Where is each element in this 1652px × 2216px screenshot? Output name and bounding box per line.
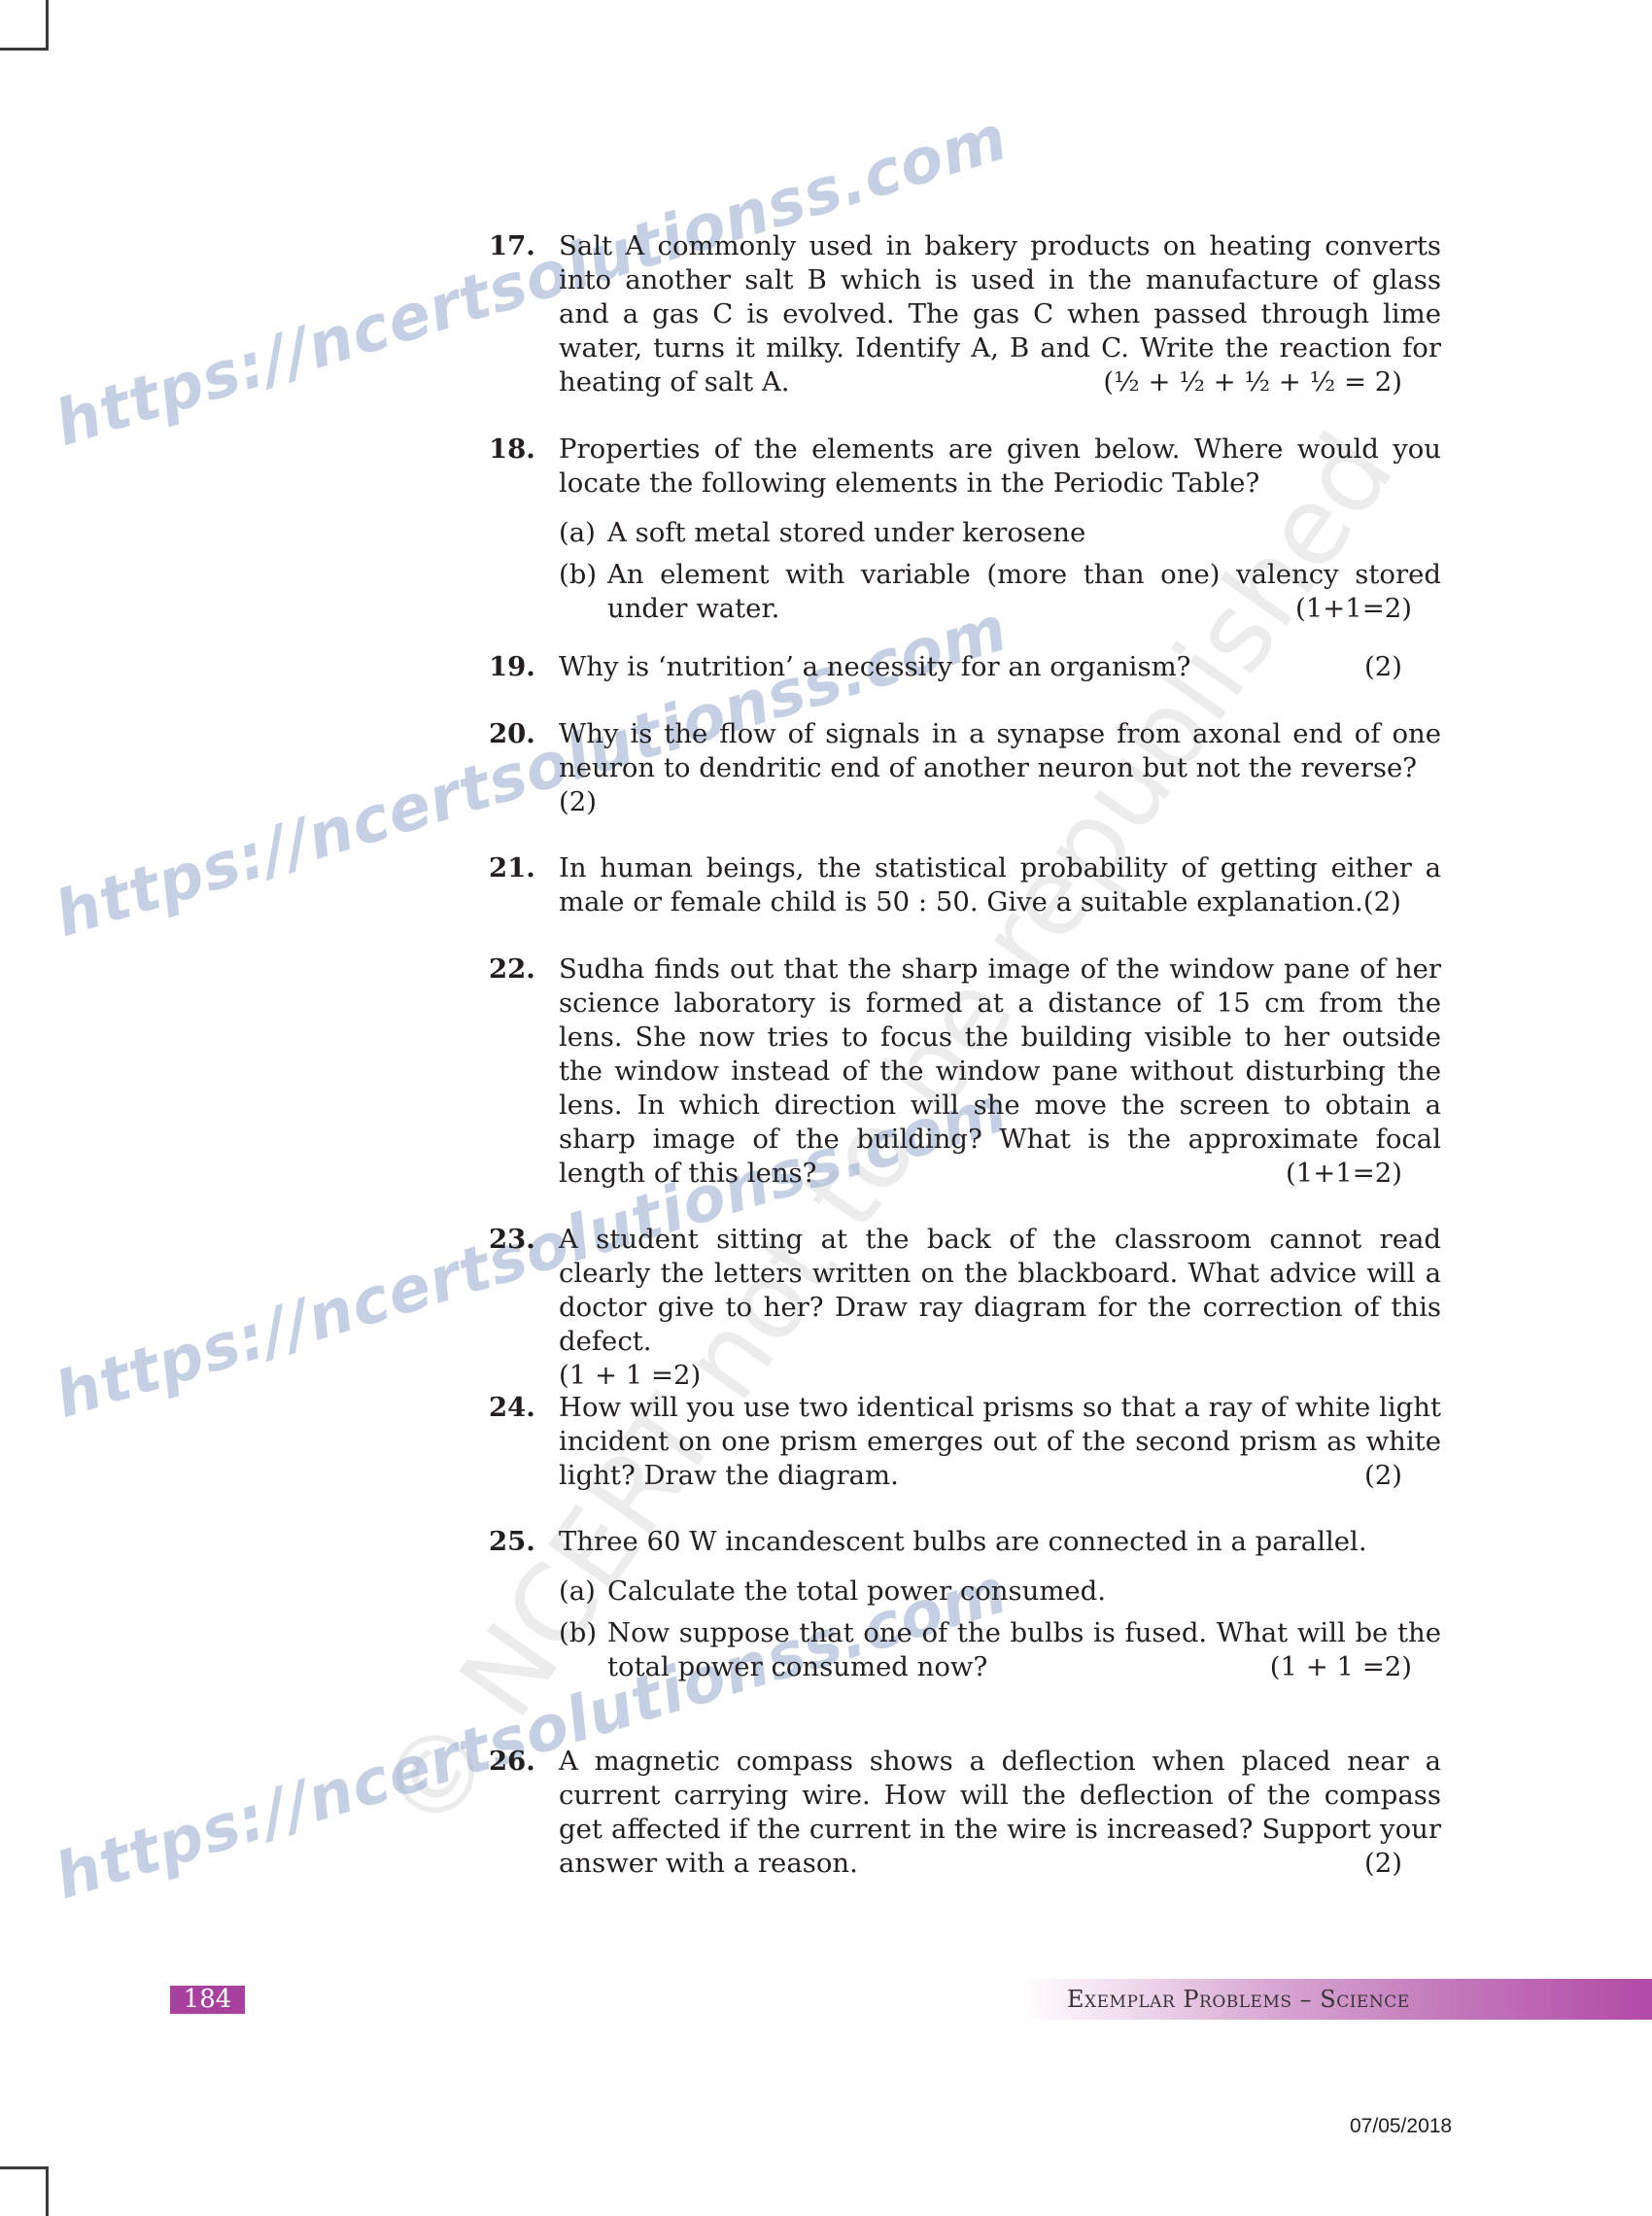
- question-17: 17. Salt A commonly used in bakery produ…: [489, 229, 1441, 399]
- question-number: 21.: [489, 851, 557, 885]
- question-marks: (2): [1363, 886, 1401, 918]
- question-text: Three 60 W incandescent bulbs are connec…: [559, 1525, 1441, 1559]
- crop-mark-bottom-left-h: [0, 2166, 49, 2169]
- subpart-text: A soft metal stored under kerosene: [607, 517, 1085, 548]
- subpart-a: (a) A soft metal stored under kerosene: [559, 516, 1441, 550]
- question-21: 21. In human beings, the statistical pro…: [489, 851, 1441, 919]
- question-number: 23.: [489, 1223, 557, 1257]
- question-marks: (1+1=2): [1295, 592, 1441, 626]
- question-number: 20.: [489, 717, 557, 751]
- question-text: A magnetic compass shows a deflection wh…: [559, 1746, 1441, 1879]
- crop-mark-top-left-h: [0, 48, 49, 51]
- question-20: 20. Why is the flow of signals in a syna…: [489, 717, 1441, 819]
- question-number: 24.: [489, 1391, 557, 1425]
- crop-mark-bottom-left-v: [46, 2166, 49, 2216]
- page-number: 184: [170, 1986, 245, 2014]
- crop-mark-top-left-v: [46, 0, 49, 50]
- question-text: A student sitting at the back of the cla…: [559, 1223, 1441, 1359]
- question-marks: (1 + 1 =2): [1270, 1650, 1441, 1684]
- question-text: Why is the flow of signals in a synapse …: [559, 717, 1441, 785]
- question-text: In human beings, the statistical probabi…: [559, 852, 1441, 918]
- question-marks: (2): [1364, 1459, 1441, 1493]
- question-number: 19.: [489, 650, 557, 684]
- question-marks: (2): [559, 785, 1441, 819]
- question-marks: (1+1=2): [1286, 1157, 1441, 1191]
- question-23: 23. A student sitting at the back of the…: [489, 1223, 1441, 1393]
- question-marks: (½ + ½ + ½ + ½ = 2): [1103, 365, 1441, 399]
- subpart-label: (b): [559, 558, 597, 592]
- question-text: Why is ‘nutrition’ a necessity for an or…: [559, 651, 1190, 682]
- question-number: 25.: [489, 1525, 557, 1559]
- print-date: 07/05/2018: [1350, 2115, 1452, 2138]
- subpart-b: (b) Now suppose that one of the bulbs is…: [559, 1616, 1441, 1684]
- question-number: 26.: [489, 1745, 557, 1779]
- subpart-text: Calculate the total power consumed.: [607, 1575, 1106, 1607]
- subpart-label: (b): [559, 1616, 597, 1650]
- question-marks: (2): [1364, 1847, 1441, 1881]
- question-24: 24. How will you use two identical prism…: [489, 1391, 1441, 1493]
- question-text: How will you use two identical prisms so…: [559, 1392, 1441, 1491]
- question-22: 22. Sudha finds out that the sharp image…: [489, 952, 1441, 1191]
- question-number: 18.: [489, 433, 557, 467]
- subpart-label: (a): [559, 1575, 596, 1609]
- question-26: 26. A magnetic compass shows a deflectio…: [489, 1745, 1441, 1881]
- subpart-b: (b) An element with variable (more than …: [559, 558, 1441, 626]
- question-text: Sudha finds out that the sharp image of …: [559, 953, 1441, 1189]
- question-marks: (2): [1364, 650, 1441, 684]
- book-title: Exemplar Problems – Science: [1067, 1983, 1410, 2016]
- question-number: 22.: [489, 952, 557, 987]
- question-marks: (1 + 1 =2): [559, 1359, 1441, 1393]
- question-25: 25. Three 60 W incandescent bulbs are co…: [489, 1525, 1441, 1684]
- question-text: Properties of the elements are given bel…: [559, 433, 1441, 501]
- subpart-label: (a): [559, 516, 596, 550]
- question-number: 17.: [489, 229, 557, 263]
- subpart-a: (a) Calculate the total power consumed.: [559, 1575, 1441, 1609]
- question-18: 18. Properties of the elements are given…: [489, 433, 1441, 626]
- question-19: 19. Why is ‘nutrition’ a necessity for a…: [489, 650, 1441, 684]
